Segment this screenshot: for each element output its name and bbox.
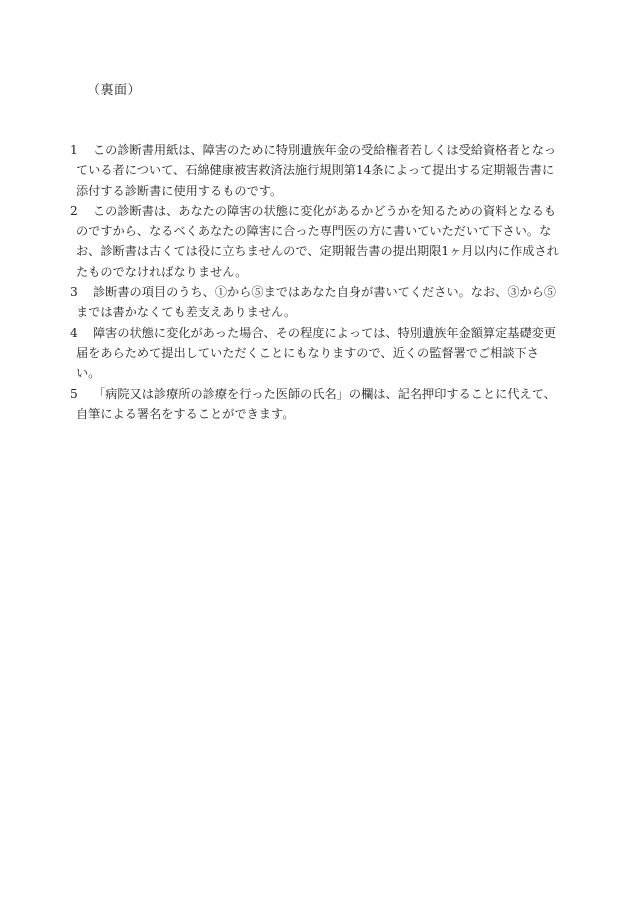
note-number: 1 (70, 140, 93, 160)
note-line: 届をあらためて提出していただくことにもなりますので、近くの監督署でご相談下さ (70, 343, 582, 363)
note-line: 自筆による署名をすることができます。 (70, 404, 582, 424)
notes-list: 1この診断書用紙は、障害のために特別遺族年金の受給権者若しくは受給資格者となっ … (70, 140, 582, 424)
note-number: 2 (70, 201, 93, 221)
note-line: ている者について、石綿健康被害救済法施行規則第14条によって提出する定期報告書に (70, 160, 582, 180)
note-line: のですから、なるべくあなたの障害に合った専門医の方に書いていただいて下さい。な (70, 221, 582, 241)
note-line: 4障害の状態に変化があった場合、その程度によっては、特別遺族年金額算定基礎変更 (70, 323, 582, 343)
note-line: たものでなければなりません。 (70, 262, 582, 282)
note-line: お、診断書は古くては役に立ちませんので、定期報告書の提出期限1ヶ月以内に作成され (70, 241, 582, 261)
note-line: 添付する診断書に使用するものです。 (70, 181, 582, 201)
note-line: 5「病院又は診療所の診療を行った医師の氏名」の欄は、記名押印することに代えて、 (70, 384, 582, 404)
note-item-4: 4障害の状態に変化があった場合、その程度によっては、特別遺族年金額算定基礎変更 … (70, 323, 582, 384)
note-item-3: 3診断書の項目のうち、①から⑤まではあなた自身が書いてください。なお、③から⑤ … (70, 282, 582, 323)
note-line: 3診断書の項目のうち、①から⑤まではあなた自身が書いてください。なお、③から⑤ (70, 282, 582, 302)
note-line: 2この診断書は、あなたの障害の状態に変化があるかどうかを知るための資料となるも (70, 201, 582, 221)
note-number: 3 (70, 282, 93, 302)
note-line: までは書かなくても差支えありません。 (70, 302, 582, 322)
note-item-2: 2この診断書は、あなたの障害の状態に変化があるかどうかを知るための資料となるも … (70, 201, 582, 282)
note-line: 1この診断書用紙は、障害のために特別遺族年金の受給権者若しくは受給資格者となっ (70, 140, 582, 160)
note-line: い。 (70, 363, 582, 383)
note-item-5: 5「病院又は診療所の診療を行った医師の氏名」の欄は、記名押印することに代えて、 … (70, 384, 582, 425)
note-number: 4 (70, 323, 93, 343)
note-number: 5 (70, 384, 93, 404)
note-item-1: 1この診断書用紙は、障害のために特別遺族年金の受給権者若しくは受給資格者となっ … (70, 140, 582, 201)
page-heading: （裏面） (87, 79, 141, 98)
